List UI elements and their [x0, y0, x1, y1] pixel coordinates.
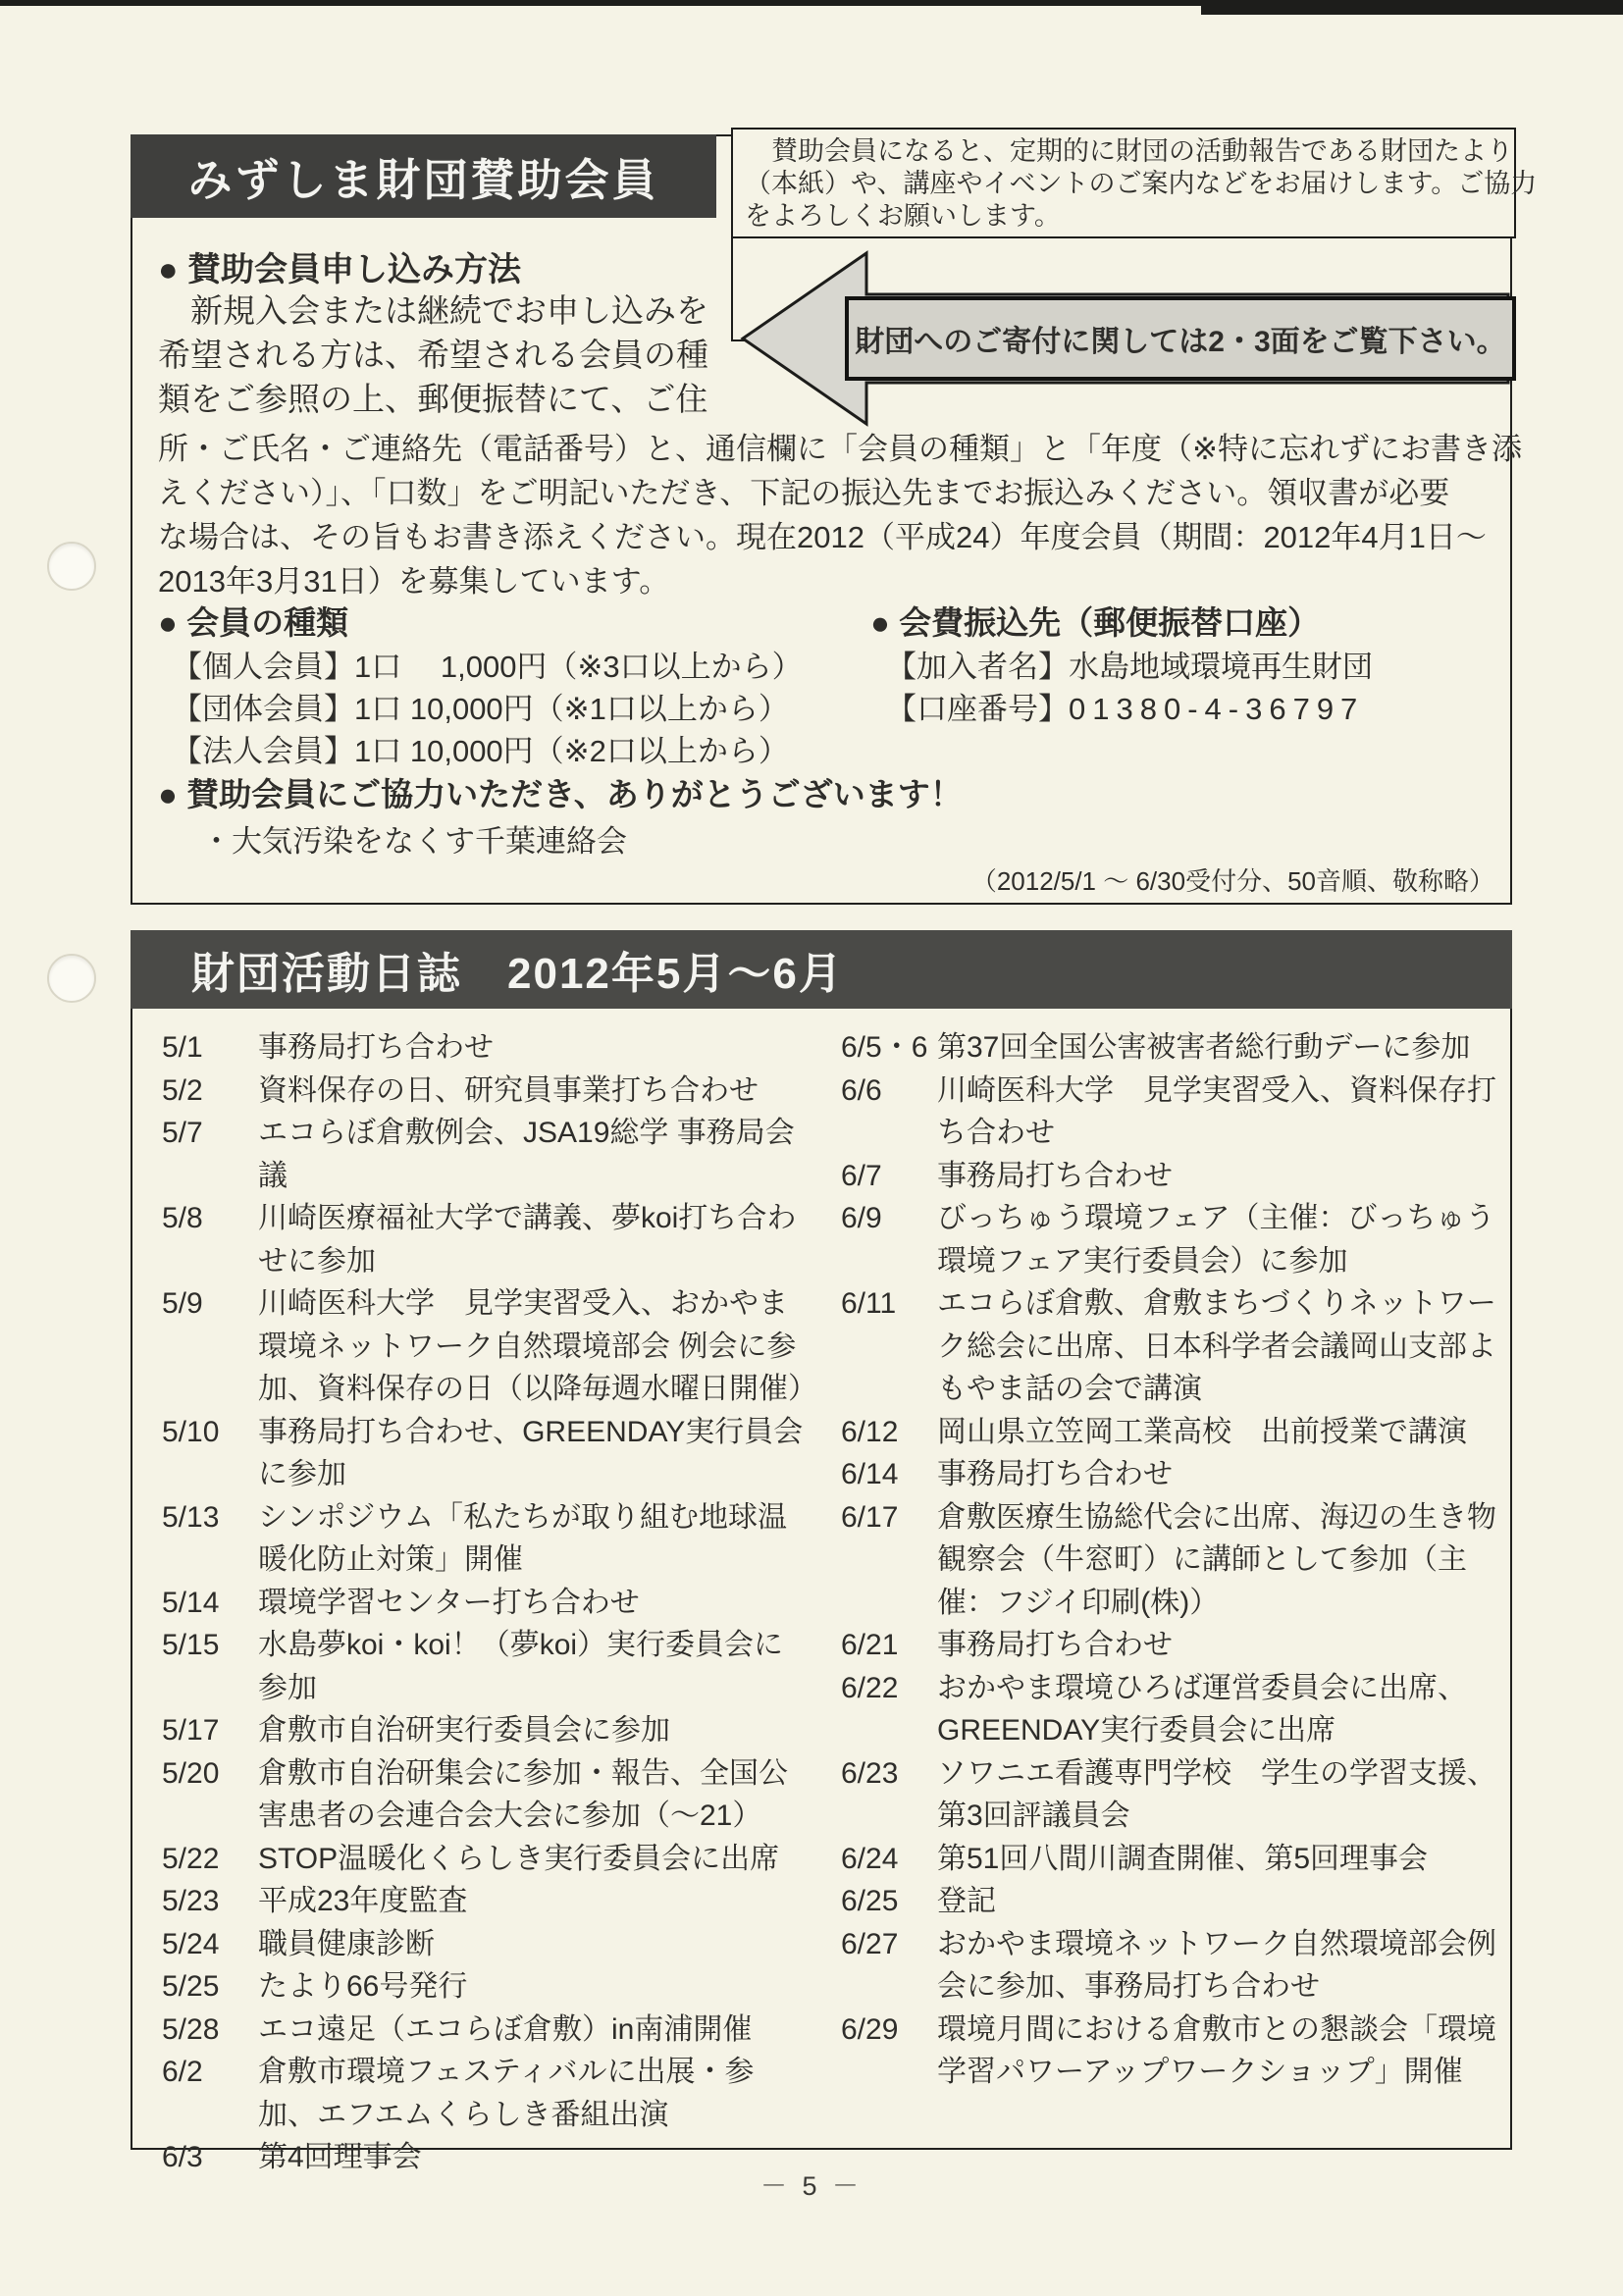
activity-date: 6/23 — [841, 1752, 937, 1838]
activity-entry: 6/22 おかやま環境ひろば運営委員会に出席、GREENDAY実行委員会に出席 — [841, 1667, 1500, 1752]
activity-date: 6/2 — [162, 2051, 258, 2136]
membership-title-bar: みずしま財団賛助会員 — [131, 134, 716, 218]
activity-date: 5/15 — [162, 1624, 258, 1709]
activity-date: 6/7 — [841, 1155, 937, 1198]
scan-edge-artifact-top-right — [1201, 0, 1623, 15]
application-paragraph-line: 希望される方は、希望される会員の種 — [158, 330, 708, 376]
activity-entry: 5/17 倉敷市自治研実行委員会に参加 — [162, 1709, 811, 1752]
activity-text: 倉敷市自治研集会に参加・報告、全国公害患者の会連合会大会に参加（〜21） — [258, 1752, 811, 1838]
thanks-heading: ● 賛助会員にご協力いただき、ありがとうございます！ — [158, 769, 963, 815]
thanks-note: （2012/5/1 〜 6/30受付分、50音順、敬称略） — [971, 861, 1494, 898]
member-type-item: 【法人会員】1口 10,000円（※2口以上から） — [172, 726, 789, 770]
activity-text: 第51回八間川調査開催、第5回理事会 — [937, 1838, 1500, 1881]
application-paragraph-line: 類をご参照の上、郵便振替にて、ご住 — [158, 374, 707, 420]
activity-entry: 6/17 倉敷医療生協総代会に出席、海辺の生き物観察会（牛窓町）に講師として参加… — [841, 1496, 1500, 1625]
application-paragraph-line: な場合は、その旨もお書き添えください。現在2012（平成24）年度会員（期間：2… — [158, 512, 1487, 556]
activity-entry: 5/24 職員健康診断 — [162, 1923, 811, 1966]
activity-log-title-bar: 財団活動日誌 2012年5月〜6月 — [131, 930, 1512, 1009]
activity-entry: 5/14 環境学習センター打ち合わせ — [162, 1582, 811, 1625]
activity-date: 6/25 — [841, 1880, 937, 1923]
activity-text: 川崎医療福祉大学で講義、夢koi打ち合わせに参加 — [258, 1197, 811, 1282]
activity-entry: 6/5・6 第37回全国公害被害者総行動デーに参加 — [841, 1026, 1500, 1070]
activity-text: 事務局打ち合わせ — [937, 1155, 1500, 1198]
activity-log-section: 財団活動日誌 2012年5月〜6月 5/1 事務局打ち合わせ 5/2 資料保存の… — [131, 930, 1512, 2150]
activity-date: 6/24 — [841, 1838, 937, 1881]
application-heading: ● 賛助会員申し込み方法 — [158, 242, 521, 290]
activity-text: 水島夢koi・koi！（夢koi）実行委員会に参加 — [258, 1624, 811, 1709]
punch-hole-icon — [47, 954, 96, 1003]
activity-text: ソワニエ看護専門学校 学生の学習支援、第3回評議員会 — [937, 1752, 1500, 1838]
activity-text: 岡山県立笠岡工業高校 出前授業で講演 — [937, 1411, 1500, 1454]
supporter-name: ・大気汚染をなくす千葉連絡会 — [201, 816, 627, 861]
activity-entry: 6/23 ソワニエ看護専門学校 学生の学習支援、第3回評議員会 — [841, 1752, 1500, 1838]
payment-payee-line: 【加入者名】水島地域環境再生財団 — [886, 642, 1373, 686]
membership-title: みずしま財団賛助会員 — [187, 144, 658, 208]
activity-entry: 6/27 おかやま環境ネットワーク自然環境部会例会に参加、事務局打ち合わせ — [841, 1923, 1500, 2009]
activity-date: 6/22 — [841, 1667, 937, 1752]
activity-date: 5/25 — [162, 1965, 258, 2009]
activity-entry: 5/25 たより66号発行 — [162, 1965, 811, 2009]
activity-date: 6/21 — [841, 1624, 937, 1667]
member-type-item: 【個人会員】1口 1,000円（※3口以上から） — [172, 642, 803, 686]
activity-text: エコ遠足（エコらぼ倉敷）in南浦開催 — [258, 2009, 811, 2052]
activity-text: シンポジウム「私たちが取り組む地球温暖化防止対策」開催 — [258, 1496, 811, 1582]
benefit-note-line: （本紙）や、講座やイベントのご案内などをお届けします。ご協力 — [745, 168, 1502, 200]
activity-date: 5/1 — [162, 1026, 258, 1070]
payment-heading: ● 会費振込先（郵便振替口座） — [870, 598, 1320, 644]
activity-entry: 5/9 川崎医科大学 見学実習受入、おかやま環境ネットワーク自然環境部会 例会に… — [162, 1282, 811, 1411]
activity-date: 6/11 — [841, 1282, 937, 1411]
activity-text: 第37回全国公害被害者総行動デーに参加 — [937, 1026, 1500, 1070]
activity-entry: 6/7 事務局打ち合わせ — [841, 1155, 1500, 1198]
activity-text: 川崎医科大学 見学実習受入、資料保存打ち合わせ — [937, 1070, 1500, 1155]
application-paragraph-line: 新規入会または継続でお申し込みを — [158, 286, 708, 332]
activity-list-right-column: 6/5・6 第37回全国公害被害者総行動デーに参加 6/6 川崎医科大学 見学実… — [841, 1026, 1500, 2094]
activity-entry: 6/29 環境月間における倉敷市との懇談会「環境学習パワーアップワークショップ」… — [841, 2009, 1500, 2094]
scanned-newsletter-page: みずしま財団賛助会員 賛助会員になると、定期的に財団の活動報告である財団たより … — [0, 0, 1623, 2296]
activity-text: 事務局打ち合わせ — [937, 1624, 1500, 1667]
activity-date: 5/9 — [162, 1282, 258, 1411]
activity-entry: 5/1 事務局打ち合わせ — [162, 1026, 811, 1070]
punch-hole-icon — [47, 542, 96, 591]
activity-entry: 5/20 倉敷市自治研集会に参加・報告、全国公害患者の会連合会大会に参加（〜21… — [162, 1752, 811, 1838]
activity-date: 5/8 — [162, 1197, 258, 1282]
activity-entry: 5/22 STOP温暖化くらしき実行委員会に出席 — [162, 1838, 811, 1881]
activity-entry: 6/11 エコらぼ倉敷、倉敷まちづくりネットワーク総会に出席、日本科学者会議岡山… — [841, 1282, 1500, 1411]
activity-text: 事務局打ち合わせ — [258, 1026, 811, 1070]
activity-date: 5/17 — [162, 1709, 258, 1752]
activity-entry: 6/2 倉敷市環境フェスティバルに出展・参加、エフエムくらしき番組出演 — [162, 2051, 811, 2136]
activity-date: 6/14 — [841, 1453, 937, 1496]
activity-text: 環境学習センター打ち合わせ — [258, 1582, 811, 1625]
activity-entry: 6/9 びっちゅう環境フェア（主催：びっちゅう環境フェア実行委員会）に参加 — [841, 1197, 1500, 1282]
activity-entry: 5/2 資料保存の日、研究員事業打ち合わせ — [162, 1070, 811, 1113]
activity-entry: 6/21 事務局打ち合わせ — [841, 1624, 1500, 1667]
activity-date: 5/7 — [162, 1112, 258, 1197]
activity-date: 5/2 — [162, 1070, 258, 1113]
activity-date: 6/6 — [841, 1070, 937, 1155]
activity-list-left-column: 5/1 事務局打ち合わせ 5/2 資料保存の日、研究員事業打ち合わせ 5/7 エ… — [162, 1026, 811, 2179]
application-paragraph-line: 2013年3月31日）を募集しています。 — [158, 556, 669, 600]
activity-date: 6/12 — [841, 1411, 937, 1454]
activity-date: 6/17 — [841, 1496, 937, 1625]
activity-log-title: 財団活動日誌 2012年5月〜6月 — [131, 938, 844, 1001]
activity-entry: 6/14 事務局打ち合わせ — [841, 1453, 1500, 1496]
activity-date: 5/24 — [162, 1923, 258, 1966]
activity-entry: 5/10 事務局打ち合わせ、GREENDAY実行員会に参加 — [162, 1411, 811, 1496]
activity-date: 6/29 — [841, 2009, 937, 2094]
activity-text: 職員健康診断 — [258, 1923, 811, 1966]
application-paragraph-line: えください）」、「口数」をご明記いただき、下記の振込先までお振込みください。領収… — [158, 468, 1449, 512]
donation-arrow-label: 財団へのご寄付に関しては2・3面をご覧下さい。 — [845, 296, 1516, 381]
activity-text: エコらぼ倉敷、倉敷まちづくりネットワーク総会に出席、日本科学者会議岡山支部よもや… — [937, 1282, 1500, 1411]
activity-text: 平成23年度監査 — [258, 1880, 811, 1923]
activity-date: 5/20 — [162, 1752, 258, 1838]
activity-text: エコらぼ倉敷例会、JSA19総学 事務局会議 — [258, 1112, 811, 1197]
activity-date: 6/5・6 — [841, 1026, 937, 1070]
payment-account-line: 【口座番号】01380-4-36797 — [886, 684, 1364, 728]
activity-entry: 6/24 第51回八間川調査開催、第5回理事会 — [841, 1838, 1500, 1881]
activity-date: 5/23 — [162, 1880, 258, 1923]
application-paragraph-line: 所・ご氏名・ご連絡先（電話番号）と、通信欄に「会員の種類」と「年度（※特に忘れず… — [158, 424, 1522, 468]
activity-entry: 6/12 岡山県立笠岡工業高校 出前授業で講演 — [841, 1411, 1500, 1454]
activity-text: 事務局打ち合わせ — [937, 1453, 1500, 1496]
activity-entry: 5/23 平成23年度監査 — [162, 1880, 811, 1923]
activity-text: びっちゅう環境フェア（主催：びっちゅう環境フェア実行委員会）に参加 — [937, 1197, 1500, 1282]
activity-date: 5/10 — [162, 1411, 258, 1496]
activity-text: 資料保存の日、研究員事業打ち合わせ — [258, 1070, 811, 1113]
benefit-note-line: 賛助会員になると、定期的に財団の活動報告である財団たより — [745, 135, 1502, 168]
activity-date: 5/13 — [162, 1496, 258, 1582]
activity-date: 6/27 — [841, 1923, 937, 2009]
activity-date: 6/9 — [841, 1197, 937, 1282]
activity-date: 5/28 — [162, 2009, 258, 2052]
activity-entry: 6/6 川崎医科大学 見学実習受入、資料保存打ち合わせ — [841, 1070, 1500, 1155]
activity-text: おかやま環境ネットワーク自然環境部会例会に参加、事務局打ち合わせ — [937, 1923, 1500, 2009]
membership-benefit-note: 賛助会員になると、定期的に財団の活動報告である財団たより （本紙）や、講座やイベ… — [731, 128, 1516, 238]
activity-date: 5/22 — [162, 1838, 258, 1881]
account-number: 01380-4-36797 — [1069, 692, 1364, 726]
activity-entry: 5/13 シンポジウム「私たちが取り組む地球温暖化防止対策」開催 — [162, 1496, 811, 1582]
activity-text: 川崎医科大学 見学実習受入、おかやま環境ネットワーク自然環境部会 例会に参加、資… — [258, 1282, 811, 1411]
activity-text: おかやま環境ひろば運営委員会に出席、GREENDAY実行委員会に出席 — [937, 1667, 1500, 1752]
activity-date: 5/14 — [162, 1582, 258, 1625]
account-label: 【口座番号】 — [886, 692, 1069, 726]
membership-section: みずしま財団賛助会員 賛助会員になると、定期的に財団の活動報告である財団たより … — [131, 134, 1512, 905]
activity-entry: 5/15 水島夢koi・koi！（夢koi）実行委員会に参加 — [162, 1624, 811, 1709]
activity-entry: 5/7 エコらぼ倉敷例会、JSA19総学 事務局会議 — [162, 1112, 811, 1197]
activity-entry: 5/8 川崎医療福祉大学で講義、夢koi打ち合わせに参加 — [162, 1197, 811, 1282]
page-number: － 5 － — [0, 2165, 1623, 2203]
member-type-item: 【団体会員】1口 10,000円（※1口以上から） — [172, 684, 789, 728]
activity-entry: 6/25 登記 — [841, 1880, 1500, 1923]
activity-text: 事務局打ち合わせ、GREENDAY実行員会に参加 — [258, 1411, 811, 1496]
benefit-note-line: をよろしくお願いします。 — [745, 200, 1502, 233]
activity-entry: 5/28 エコ遠足（エコらぼ倉敷）in南浦開催 — [162, 2009, 811, 2052]
member-types-heading: ● 会員の種類 — [158, 598, 348, 644]
activity-text: たより66号発行 — [258, 1965, 811, 2009]
activity-text: 倉敷市自治研実行委員会に参加 — [258, 1709, 811, 1752]
activity-text: 登記 — [937, 1880, 1500, 1923]
activity-text: 環境月間における倉敷市との懇談会「環境学習パワーアップワークショップ」開催 — [937, 2009, 1500, 2094]
activity-text: STOP温暖化くらしき実行委員会に出席 — [258, 1838, 811, 1881]
activity-text: 倉敷医療生協総代会に出席、海辺の生き物観察会（牛窓町）に講師として参加（主催：フ… — [937, 1496, 1500, 1625]
activity-text: 倉敷市環境フェスティバルに出展・参加、エフエムくらしき番組出演 — [258, 2051, 811, 2136]
